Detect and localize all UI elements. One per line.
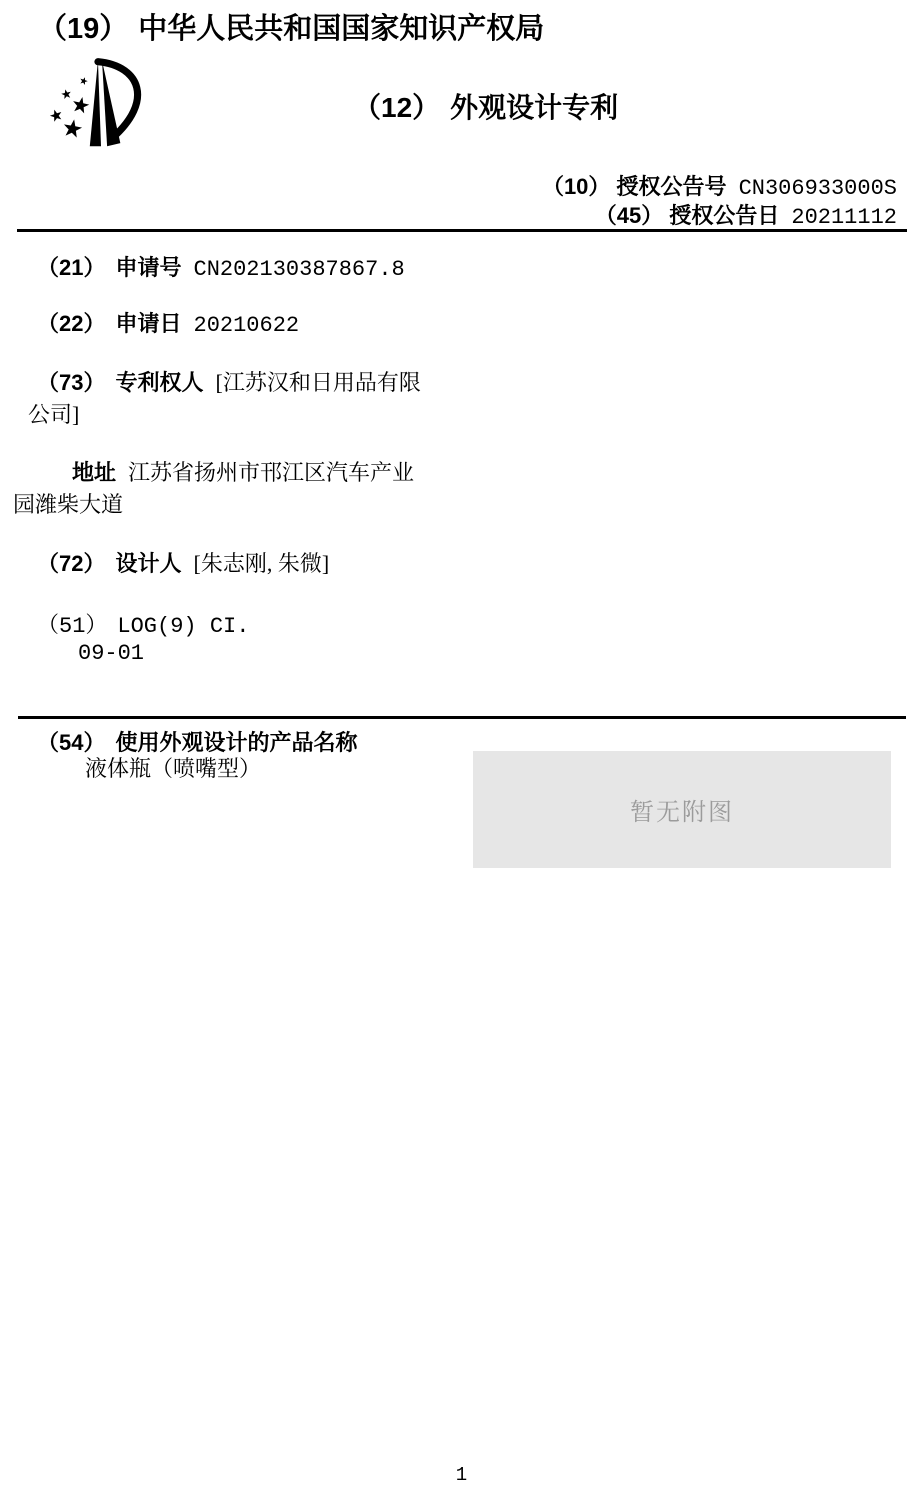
pub-date-value: 20211112 (791, 205, 897, 230)
field-code: （22） (37, 311, 105, 336)
classification-value: 09-01 (78, 641, 144, 666)
field-address: 地址江苏省扬州市邗江区汽车产业园潍柴大道 (13, 457, 421, 521)
patent-cover-page: （19）中华人民共和国国家知识产权局 （12）外观设计专利 （10） 授权公告号… (0, 0, 923, 1494)
page-number: 1 (0, 1464, 923, 1486)
pub-no-code: （10） (542, 174, 610, 199)
kind-code: （12） (353, 92, 440, 123)
header-divider (17, 229, 907, 232)
figure-placeholder-text: 暂无附图 (630, 792, 734, 827)
field-label: 专利权人 (115, 370, 203, 395)
authority-line: （19）中华人民共和国国家知识产权局 (38, 6, 544, 47)
figure-placeholder-box: 暂无附图 (473, 751, 891, 868)
field-value: [朱志刚, 朱微] (194, 551, 330, 576)
field-classification: （51）LOG(9) CI. (37, 608, 249, 639)
authority-code: （19） (38, 13, 128, 45)
field-label: 设计人 (115, 551, 181, 576)
section-divider (18, 716, 906, 719)
field-application-date: （22）申请日20210622 (37, 307, 299, 338)
field-value: 20210622 (194, 313, 300, 338)
field-patentee: （73）专利权人[江苏汉和日用品有限公司] (28, 367, 436, 431)
cnipa-emblem-icon (45, 56, 157, 154)
publication-date-line: （45） 授权公告日20211112 (595, 199, 897, 230)
authority-name: 中华人民共和国国家知识产权局 (138, 13, 544, 45)
pub-no-value: CN306933000S (739, 176, 897, 201)
publication-number-line: （10） 授权公告号CN306933000S (542, 170, 897, 201)
field-code: （21） (37, 255, 105, 280)
kind-title-line: （12）外观设计专利 (353, 86, 618, 126)
pub-date-label: 授权公告日 (669, 203, 779, 228)
field-label: LOG(9) CI. (117, 614, 249, 639)
field-code: （73） (37, 370, 105, 395)
product-name: 液体瓶（喷嘴型） (85, 752, 261, 783)
field-label: 申请日 (115, 311, 181, 336)
field-value: CN202130387867.8 (194, 257, 405, 282)
field-code: （72） (37, 551, 105, 576)
kind-title: 外观设计专利 (450, 92, 618, 123)
field-code: （51） (37, 614, 107, 639)
field-label: 地址 (72, 460, 116, 485)
field-label: 申请号 (115, 255, 181, 280)
field-application-number: （21）申请号CN202130387867.8 (37, 251, 405, 282)
pub-date-code: （45） (595, 203, 663, 228)
field-designers: （72）设计人[朱志刚, 朱微] (37, 547, 329, 578)
pub-no-label: 授权公告号 (617, 174, 727, 199)
